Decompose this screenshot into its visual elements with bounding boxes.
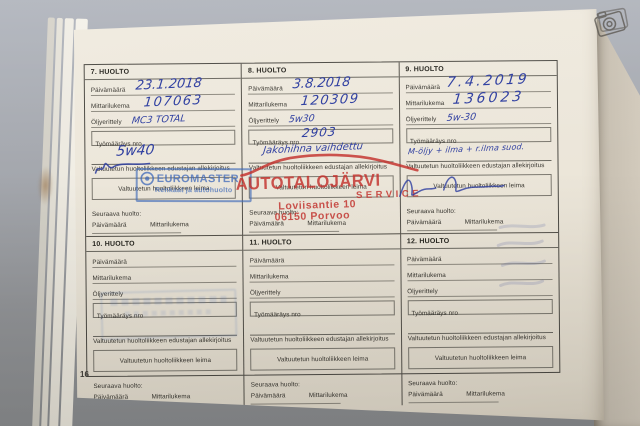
- next-service: Seuraava huolto: PäivämääräMittarilukema: [251, 372, 396, 404]
- service-record-7: 7. HUOLTO Päivämäärä23.1.2018 Mittariluk…: [85, 64, 244, 237]
- work-order-box: Työmääräys nro: [93, 302, 237, 318]
- service-record-12: 12. HUOLTO Päivämäärä Mittarilukema Öljy…: [401, 233, 560, 405]
- work-order-box: Työmääräys nro: [91, 130, 235, 146]
- camera-icon: [588, 2, 634, 46]
- note-handwritten: M-öljy + ilma + r.ilma suod.: [407, 143, 525, 156]
- service-record-10: 10. HUOLTO Päivämäärä Mittarilukema Öljy…: [86, 236, 245, 408]
- record-title: 11. HUOLTO: [244, 237, 400, 250]
- oil-label: Öljyerittely: [250, 289, 281, 296]
- stamp-box: Valtuutetun huoltoliikkeen leima: [249, 175, 394, 198]
- page-number: 16: [80, 370, 89, 379]
- work-order-box: Työmääräys nro: [406, 127, 551, 143]
- signature-label: Valtuutetun huoltoliikkeen edustajan all…: [250, 335, 394, 343]
- record-title: 12. HUOLTO: [401, 236, 558, 249]
- odometer-label: Mittarilukema: [91, 103, 130, 110]
- service-record-9: 9. HUOLTO Päivämäärä7.4.2019 Mittariluke…: [399, 61, 558, 234]
- odometer-label: Mittarilukema: [407, 272, 446, 279]
- next-service: Seuraava huolto: PäivämääräMittarilukema: [93, 374, 238, 406]
- stamp-box: Valtuutetun huoltoliikkeen leima: [406, 174, 552, 197]
- oil-label: Öljyerittely: [407, 288, 438, 295]
- stamp-box: Valtuutetun huoltoliikkeen leima: [92, 177, 237, 200]
- service-book-photo: 7. HUOLTO Päivämäärä23.1.2018 Mittariluk…: [0, 0, 640, 426]
- signature-label: Valtuutetun huoltoliikkeen edustajan all…: [92, 165, 236, 173]
- date-handwritten: 23.1.2018: [135, 77, 203, 93]
- oil-label: Öljyerittely: [248, 117, 279, 124]
- oil-label: Öljyerittely: [91, 119, 122, 126]
- date-label: Päivämäärä: [248, 85, 283, 92]
- odometer-handwritten: 120309: [300, 93, 360, 109]
- oil-label: Öljyerittely: [93, 291, 124, 298]
- oil-handwritten: 5w-30: [446, 112, 476, 123]
- oil-label: Öljyerittely: [406, 116, 437, 123]
- next-service: Seuraava huolto: PäivämääräMittarilukema: [92, 202, 237, 234]
- next-service: Seuraava huolto: PäivämääräMittarilukema: [249, 200, 394, 232]
- note-handwritten: 5w40: [115, 143, 155, 159]
- signature-label: Valtuutetun huoltoliikkeen edustajan all…: [93, 337, 237, 345]
- date-label: Päivämäärä: [250, 257, 285, 264]
- odometer-label: Mittarilukema: [248, 101, 287, 108]
- stamp-box: Valtuutetun huoltoliikkeen leima: [93, 349, 238, 372]
- service-record-grid: 7. HUOLTO Päivämäärä23.1.2018 Mittariluk…: [84, 60, 561, 377]
- signature-label: Valtuutetun huoltoliikkeen edustajan all…: [249, 163, 393, 171]
- odometer-handwritten: 107063: [143, 94, 203, 110]
- date-label: Päivämäärä: [92, 259, 127, 266]
- record-title: 10. HUOLTO: [86, 239, 242, 252]
- date-handwritten: 3.8.2018: [292, 76, 351, 92]
- service-book-page: 7. HUOLTO Päivämäärä23.1.2018 Mittariluk…: [62, 4, 604, 422]
- date-label: Päivämäärä: [405, 84, 440, 91]
- oil-handwritten: 5w30: [289, 114, 316, 125]
- note-handwritten: Jakohihna vaihdettu: [263, 142, 364, 156]
- odometer-label: Mittarilukema: [406, 100, 445, 107]
- odometer-handwritten: 136023: [452, 90, 525, 107]
- signature-label: Valtuutetun huoltoliikkeen edustajan all…: [406, 162, 551, 170]
- service-record-8: 8. HUOLTO Päivämäärä3.8.2018 Mittariluke…: [242, 62, 401, 235]
- odometer-label: Mittarilukema: [250, 273, 289, 280]
- service-record-11: 11. HUOLTO Päivämäärä Mittarilukema Öljy…: [243, 234, 402, 406]
- work-order-handwritten: 2903: [302, 126, 338, 140]
- signature-label: Valtuutetun huoltoliikkeen edustajan all…: [408, 334, 553, 342]
- next-service: Seuraava huolto: PäivämääräMittarilukema: [408, 371, 554, 403]
- oil-handwritten: MC3 TOTAL: [131, 114, 186, 126]
- work-order-box: Työmääräys nro: [250, 300, 394, 316]
- date-label: Päivämäärä: [91, 87, 126, 94]
- stamp-box: Valtuutetun huoltoliikkeen leima: [250, 347, 395, 370]
- work-order-box: Työmääräys nro: [407, 299, 552, 315]
- stamp-box: Valtuutetun huoltoliikkeen leima: [408, 346, 554, 369]
- date-label: Päivämäärä: [407, 256, 442, 263]
- date-handwritten: 7.4.2019: [446, 72, 530, 90]
- next-service: Seuraava huolto: PäivämääräMittarilukema: [407, 199, 553, 231]
- odometer-label: Mittarilukema: [92, 275, 131, 282]
